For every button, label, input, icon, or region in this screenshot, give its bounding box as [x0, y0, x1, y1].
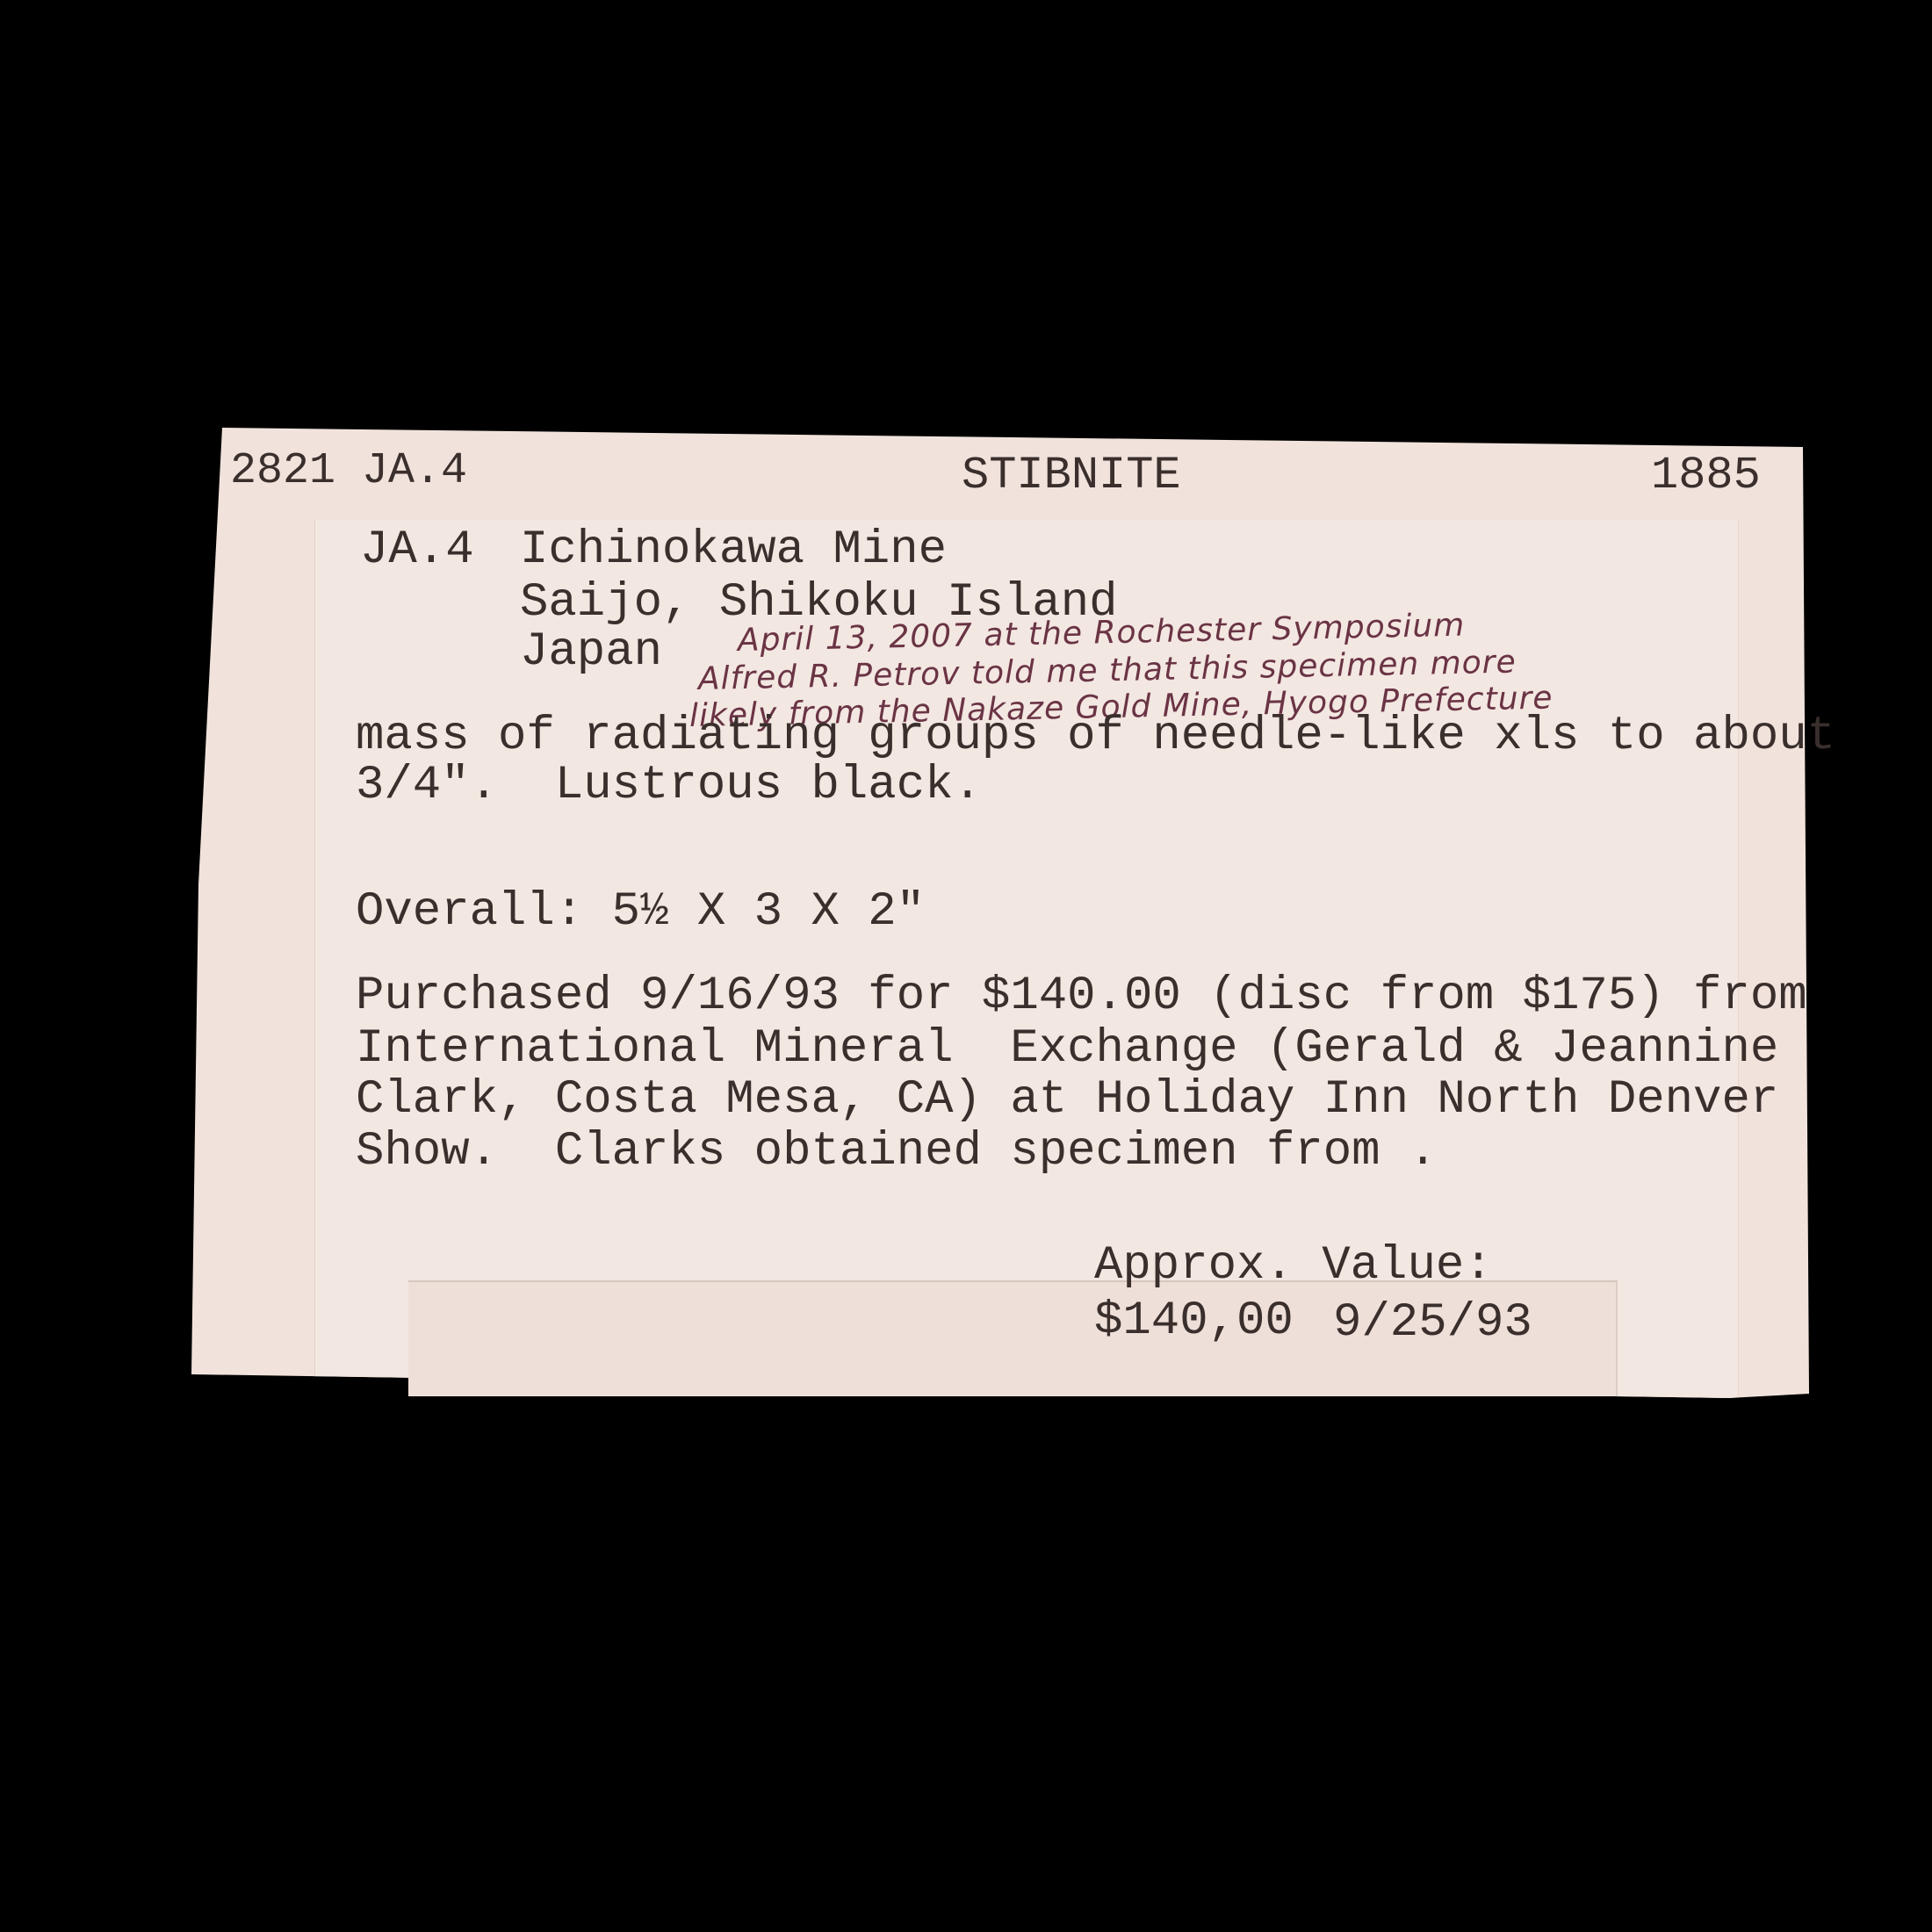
header-locality-code: JA.4: [362, 450, 467, 494]
overall-dimensions: Overall: 5½ X 3 X 2": [356, 889, 925, 936]
approx-value-date: 9/25/93: [1333, 1300, 1532, 1347]
specimen-number: 1885: [1651, 453, 1761, 499]
locality-code: JA.4: [360, 527, 474, 574]
locality-line-3: Japan: [520, 629, 662, 676]
description-line-1: mass of radiating groups of needle-like …: [356, 713, 1835, 761]
purchase-line-3: Clark, Costa Mesa, CA) at Holiday Inn No…: [356, 1077, 1778, 1124]
mineral-name: STIBNITE: [962, 453, 1181, 499]
purchase-line-2: International Mineral Exchange (Gerald &…: [356, 1026, 1778, 1073]
approx-value-label: Approx. Value:: [1094, 1243, 1493, 1290]
locality-line-1: Ichinokawa Mine: [520, 527, 947, 574]
approx-value-amount: $140,00: [1094, 1298, 1294, 1345]
catalog-number: 2821: [230, 450, 335, 494]
purchase-line-4: Show. Clarks obtained specimen from .: [356, 1128, 1437, 1176]
description-line-2: 3/4". Lustrous black.: [356, 762, 982, 810]
purchase-line-1: Purchased 9/16/93 for $140.00 (disc from…: [356, 973, 1807, 1020]
